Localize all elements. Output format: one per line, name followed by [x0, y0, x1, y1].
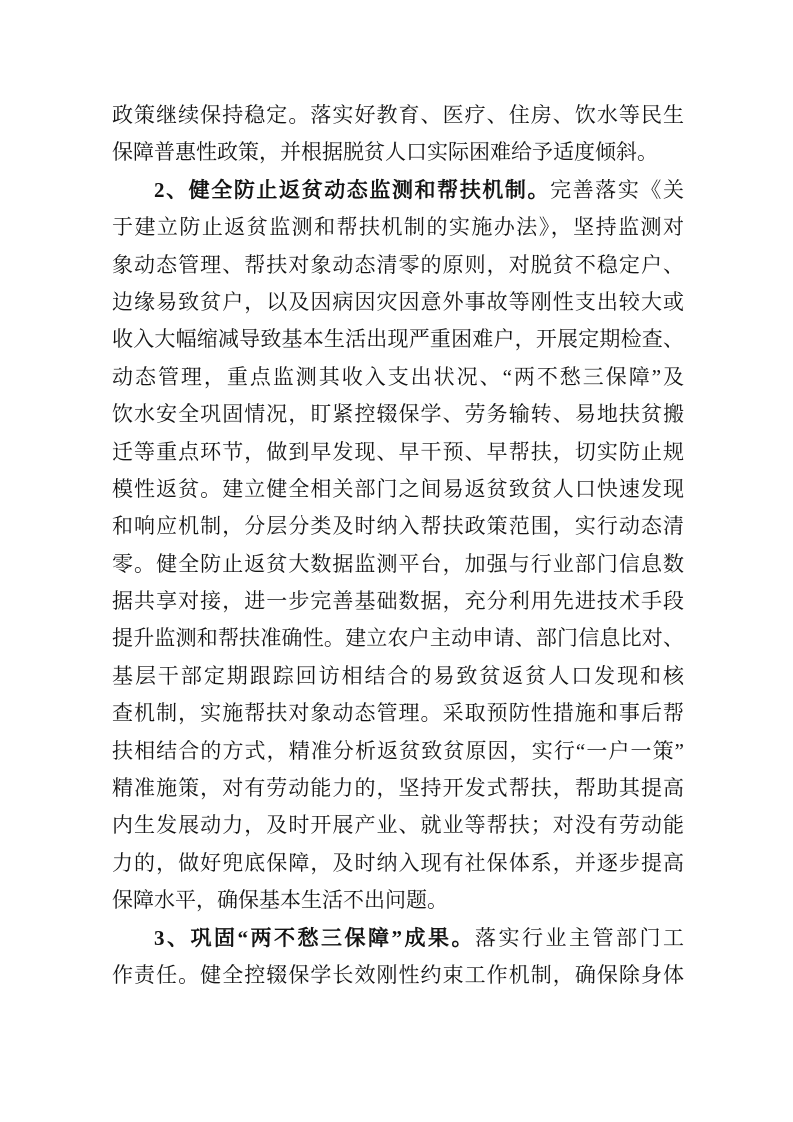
text-line: 内生发展动力，及时开展产业、就业等帮扶；对没有劳动能: [112, 807, 684, 844]
text-line: 保障水平，确保基本生活不出问题。: [112, 882, 684, 919]
text-line: 作责任。健全控辍保学长效刚性约束工作机制，确保除身体: [112, 957, 684, 994]
text-line: 和响应机制，分层分类及时纳入帮扶政策范围，实行动态清: [112, 508, 684, 545]
text-line: 边缘易致贫户，以及因病因灾因意外事故等刚性支出较大或: [112, 284, 684, 321]
text-line: 收入大幅缩减导致基本生活出现严重困难户，开展定期检查、: [112, 321, 684, 358]
text-line: 象动态管理、帮扶对象动态清零的原则，对脱贫不稳定户、: [112, 247, 684, 284]
body-text: 落实行业主管部门工: [475, 926, 684, 950]
text-line: 据共享对接，进一步完善基础数据，充分利用先进技术手段: [112, 583, 684, 620]
text-line: 于建立防止返贫监测和帮扶机制的实施办法》，坚持监测对: [112, 209, 684, 246]
text-line: 保障普惠性政策，并根据脱贫人口实际困难给予适度倾斜。: [112, 134, 684, 171]
text-line: 饮水安全巩固情况，盯紧控辍保学、劳务输转、易地扶贫搬: [112, 396, 684, 433]
text-line: 模性返贫。建立健全相关部门之间易返贫致贫人口快速发现: [112, 471, 684, 508]
text-line: 基层干部定期跟踪回访相结合的易致贫返贫人口发现和核: [112, 658, 684, 695]
heading-bold-text: 3、巩固“两不愁三保障”成果。: [154, 926, 475, 950]
text-line: 提升监测和帮扶准确性。建立农户主动申请、部门信息比对、: [112, 620, 684, 657]
document-text-block: 政策继续保持稳定。落实好教育、医疗、住房、饮水等民生 保障普惠性政策，并根据脱贫…: [112, 97, 684, 994]
text-line: 查机制，实施帮扶对象动态管理。采取预防性措施和事后帮: [112, 695, 684, 732]
text-line: 政策继续保持稳定。落实好教育、医疗、住房、饮水等民生: [112, 97, 684, 134]
heading-bold-text: 2、健全防止返贫动态监测和帮扶机制。: [154, 178, 550, 202]
text-line-heading-2: 2、健全防止返贫动态监测和帮扶机制。完善落实《关: [112, 172, 684, 209]
document-page: 政策继续保持稳定。落实好教育、医疗、住房、饮水等民生 保障普惠性政策，并根据脱贫…: [0, 0, 793, 1122]
text-line: 动态管理，重点监测其收入支出状况、“两不愁三保障”及: [112, 359, 684, 396]
text-line: 精准施策，对有劳动能力的，坚持开发式帮扶，帮助其提高: [112, 770, 684, 807]
text-line: 零。健全防止返贫大数据监测平台，加强与行业部门信息数: [112, 546, 684, 583]
text-line: 力的，做好兜底保障，及时纳入现有社保体系，并逐步提高: [112, 845, 684, 882]
text-line: 迁等重点环节，做到早发现、早干预、早帮扶，切实防止规: [112, 434, 684, 471]
text-line-heading-3: 3、巩固“两不愁三保障”成果。落实行业主管部门工: [112, 920, 684, 957]
body-text: 完善落实《关: [550, 178, 684, 202]
text-line: 扶相结合的方式，精准分析返贫致贫原因，实行“一户一策”: [112, 733, 684, 770]
